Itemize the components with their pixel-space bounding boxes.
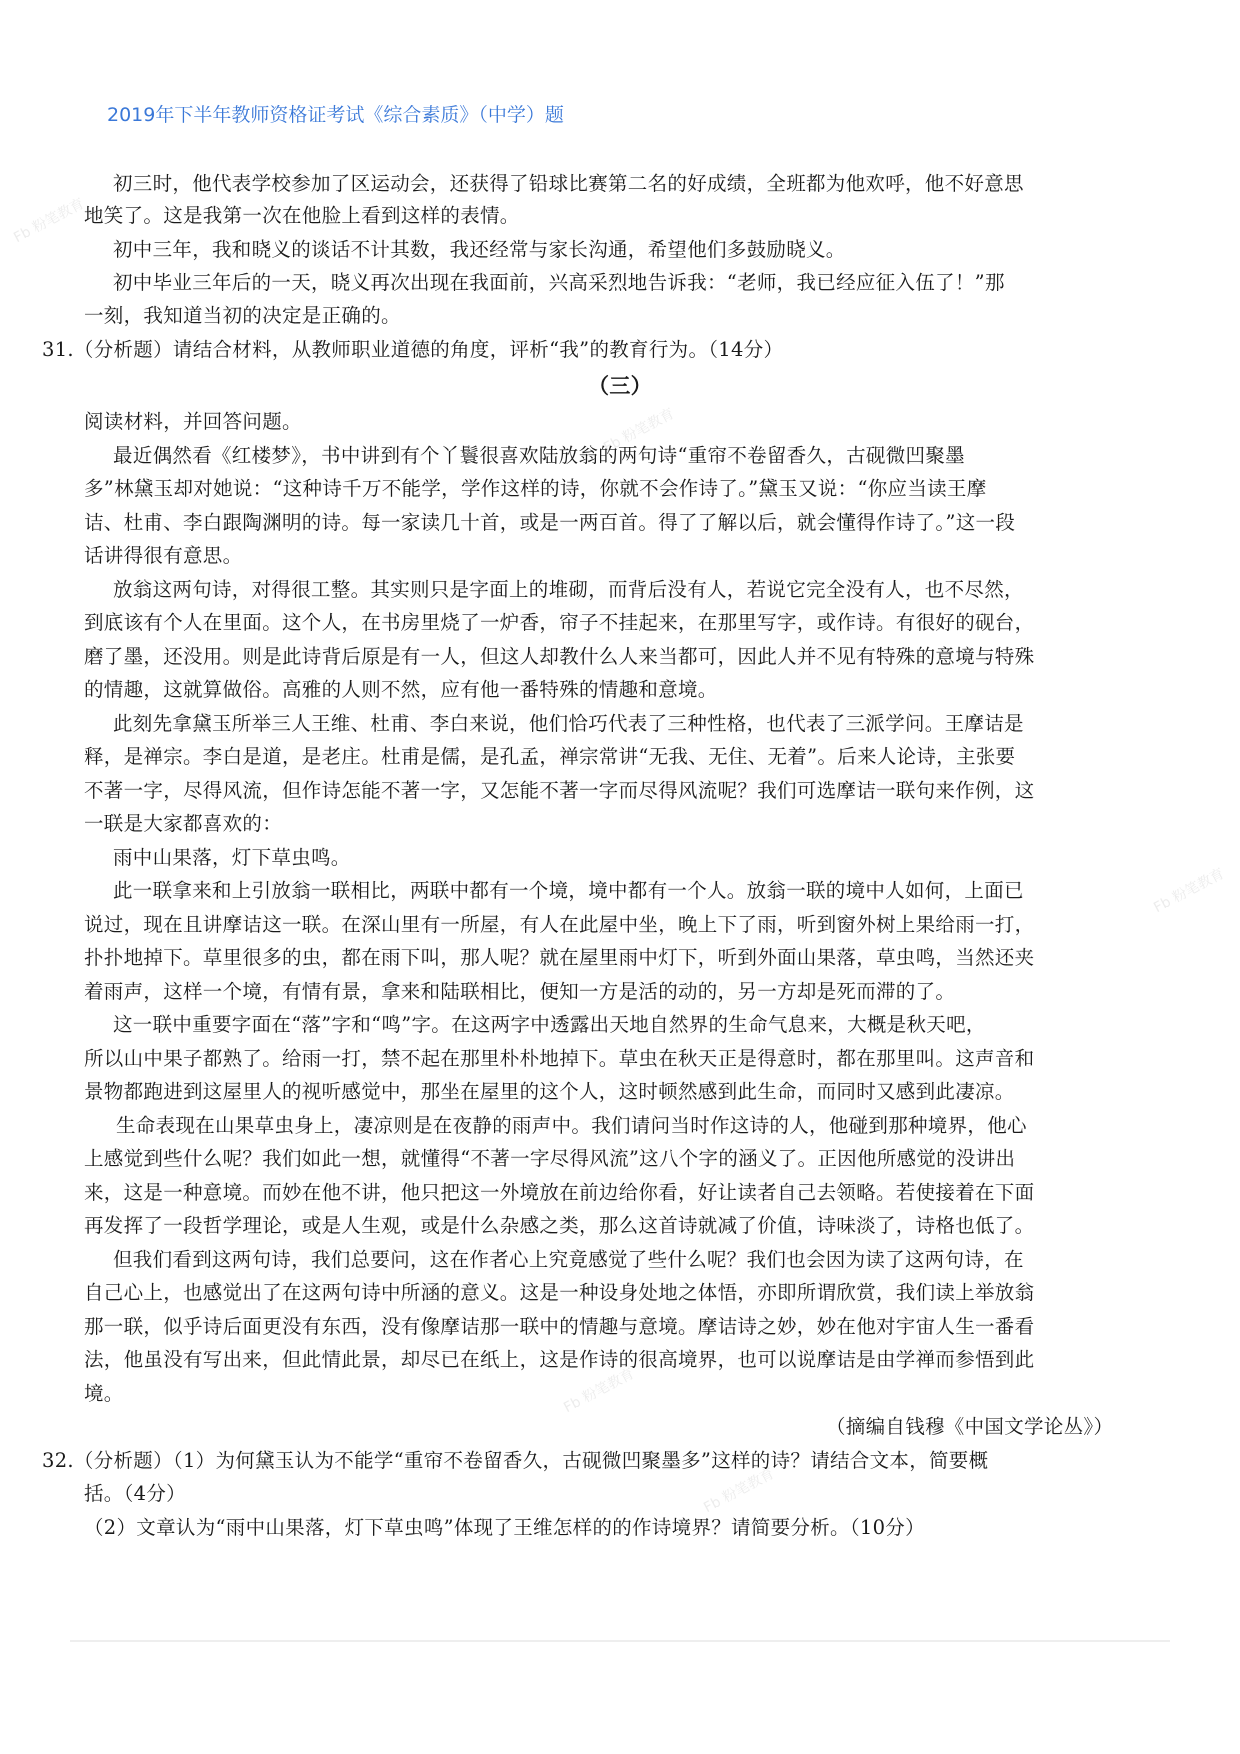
watermark: Fb 粉笔教育 (10, 193, 88, 247)
passage-line: 自己心上，也感觉出了在这两句诗中所涵的意义。这是一种设身处地之体悟，亦即所谓欣赏… (84, 1283, 1034, 1303)
passage-line: 所以山中果子都熟了。给雨一打，禁不起在那里朴朴地掉下。草虫在秋天正是得意时，都在… (84, 1049, 1034, 1069)
passage-line: 不著一字，尽得风流，但作诗怎能不著一字，又怎能不著一字而尽得风流呢？我们可选摩诘… (84, 781, 1034, 801)
passage-line: 那一联，似乎诗后面更没有东西，没有像摩诘那一联中的情趣与意境。摩诘诗之妙，妙在他… (84, 1317, 1034, 1337)
footer-divider (70, 1640, 1170, 1642)
passage-line: 到底该有个人在里面。这个人，在书房里烧了一炉香，帘子不挂起来，在那里写字，或作诗… (84, 613, 1034, 633)
passage-line: 这一联中重要字面在“落”字和“鸣”字。在这两字中透露出天地自然界的生命气息来，大… (113, 1015, 986, 1035)
question-31: 31.（分析题）请结合材料，从教师职业道德的角度，评析“我”的教育行为。（14分… (42, 340, 783, 360)
passage-line: 但我们看到这两句诗，我们总要问，这在作者心上究竟感觉了些什么呢？我们也会因为读了… (113, 1250, 1024, 1270)
passage-line: 说过，现在且讲摩诘这一联。在深山里有一所屋，有人在此屋中坐，晚上下了雨，听到窗外… (84, 915, 1034, 935)
passage-line: 生命表现在山果草虫身上，凄凉则是在夜静的雨声中。我们请问当时作这诗的人，他碰到那… (116, 1116, 1027, 1136)
question-32-part1: 32.（分析题）（1）为何黛玉认为不能学“重帘不卷留香久，古砚微凹聚墨多”这样的… (42, 1451, 988, 1471)
passage-line: 来，这是一种意境。而妙在他不讲，他只把这一外境放在前边给你看，好让读者自己去领略… (84, 1183, 1034, 1203)
passage-line: 释，是禅宗。李白是道，是老庄。杜甫是儒，是孔孟，禅宗常讲“无我、无住、无着”。后… (84, 747, 1015, 767)
passage-line: 此一联拿来和上引放翁一联相比，两联中都有一个境，境中都有一个人。放翁一联的境中人… (113, 881, 1024, 901)
watermark: Fb 粉笔教育 (560, 1363, 638, 1417)
passage-line: 一联是大家都喜欢的： (84, 814, 282, 834)
passage-line: 着雨声，这样一个境，有情有景，拿来和陆联相比，便知一方是活的动的，另一方却是死而… (84, 982, 955, 1002)
passage-line: 多”林黛玉却对她说：“这种诗千万不能学，学作这样的诗，你就不会作诗了。”黛玉又说… (84, 479, 987, 499)
section-intro: 阅读材料，并回答问题。 (84, 412, 302, 432)
passage-line: 此刻先拿黛玉所举三人王维、杜甫、李白来说，他们恰巧代表了三种性格，也代表了三派学… (113, 714, 1024, 734)
page-header-title: 2019年下半年教师资格证考试《综合素质》（中学）题 (107, 100, 564, 127)
material-paragraph-line: 初三时，他代表学校参加了区运动会，还获得了铅球比赛第二名的好成绩，全班都为他欢呼… (113, 174, 1024, 194)
material-paragraph-line: 一刻，我知道当初的决定是正确的。 (84, 306, 401, 326)
passage-line: 上感觉到些什么呢？我们如此一想，就懂得“不著一字尽得风流”这八个字的涵义了。正因… (84, 1149, 1015, 1169)
poem-couplet: 雨中山果落，灯下草虫鸣。 (113, 848, 351, 868)
passage-line: 法，他虽没有写出来，但此情此景，却尽已在纸上，这是作诗的很高境界，也可以说摩诘是… (84, 1350, 1034, 1370)
passage-line: 话讲得很有意思。 (84, 546, 242, 566)
passage-source: （摘编自钱穆《中国文学论丛》） (826, 1417, 1113, 1437)
watermark: Fb 粉笔教育 (1150, 863, 1228, 917)
material-paragraph-line: 地笑了。这是我第一次在他脸上看到这样的表情。 (84, 206, 520, 226)
passage-line: 最近偶然看《红楼梦》，书中讲到有个丫鬟很喜欢陆放翁的两句诗“重帘不卷留香久，古砚… (113, 446, 965, 466)
passage-line: 扑扑地掉下。草里很多的虫，都在雨下叫，那人呢？就在屋里雨中灯下，听到外面山果落，… (84, 948, 1034, 968)
question-32-part1-cont: 括。（4分） (84, 1484, 186, 1504)
material-paragraph-line: 初中毕业三年后的一天，晓义再次出现在我面前，兴高采烈地告诉我：“老师，我已经应征… (113, 273, 1005, 293)
passage-line: 景物都跑进到这屋里人的视听感觉中，那坐在屋里的这个人，这时顿然感到此生命，而同时… (84, 1082, 1015, 1102)
material-paragraph-line: 初中三年，我和晓义的谈话不计其数，我还经常与家长沟通，希望他们多鼓励晓义。 (113, 240, 846, 260)
passage-line: 境。 (84, 1384, 124, 1404)
passage-line: 的情趣，这就算做俗。高雅的人则不然，应有他一番特殊的情趣和意境。 (84, 680, 718, 700)
section-heading: （三） (0, 375, 1240, 396)
passage-line: 放翁这两句诗，对得很工整。其实则只是字面上的堆砌，而背后没有人，若说它完全没有人… (113, 580, 1024, 600)
passage-line: 诘、杜甫、李白跟陶渊明的诗。每一家读几十首，或是一两百首。得了了解以后，就会懂得… (84, 513, 1015, 533)
question-32-part2: （2）文章认为“雨中山果落，灯下草虫鸣”体现了王维怎样的的作诗境界？请简要分析。… (84, 1518, 925, 1538)
passage-line: 再发挥了一段哲学理论，或是人生观，或是什么杂感之类，那么这首诗就减了价值，诗味淡… (84, 1216, 1034, 1236)
passage-line: 磨了墨，还没用。则是此诗背后原是有一人，但这人却教什么人来当都可，因此人并不见有… (84, 647, 1034, 667)
